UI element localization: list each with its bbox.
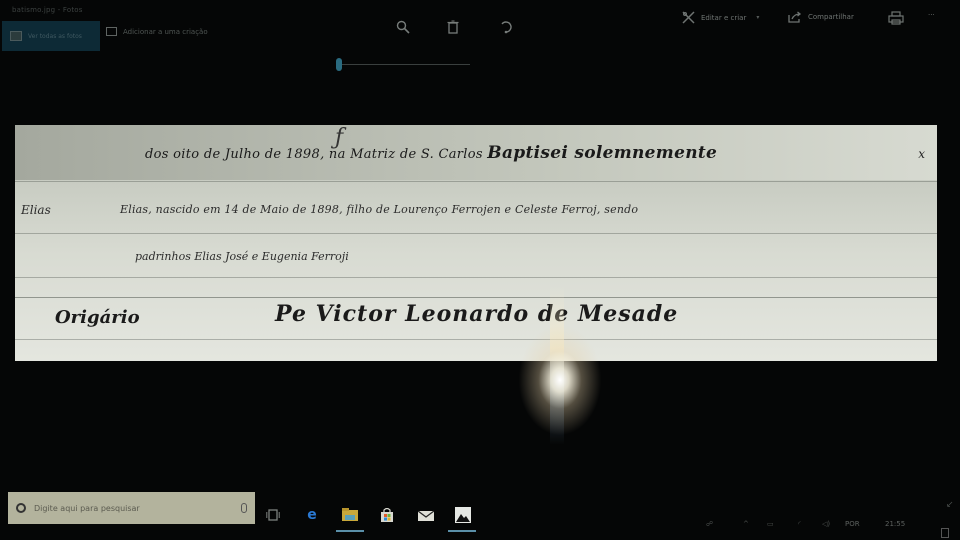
- notifications-icon[interactable]: [941, 528, 949, 538]
- more-options-button[interactable]: ···: [928, 11, 935, 19]
- people-icon[interactable]: ☍: [706, 520, 713, 528]
- wifi-icon[interactable]: ◜: [798, 520, 801, 528]
- photos-app-icon: [455, 507, 471, 523]
- microphone-icon[interactable]: [241, 503, 247, 513]
- see-all-photos-label: Ver todas as fotos: [28, 33, 82, 40]
- edit-create-icon: [682, 11, 695, 24]
- signature-left: Origário: [55, 307, 140, 328]
- add-to-creation-label: Adicionar a uma criação: [123, 28, 208, 36]
- ruled-line: [15, 277, 937, 278]
- store-button[interactable]: [378, 506, 396, 524]
- edit-create-label: Editar e criar: [701, 14, 746, 22]
- rotate-button[interactable]: [497, 18, 515, 36]
- zoom-slider-track[interactable]: [340, 64, 470, 65]
- add-to-creation-button[interactable]: Adicionar a uma criação: [106, 27, 208, 36]
- task-view-icon: [266, 509, 280, 521]
- signature-priest: Pe Victor Leonardo de Mesade: [275, 301, 678, 327]
- share-button[interactable]: Compartilhar: [788, 11, 854, 23]
- window-title: batismo.jpg - Fotos: [12, 6, 83, 14]
- printer-icon: [888, 11, 904, 25]
- document-image: ƒ dos oito de Julho de 1898, na Matriz d…: [15, 125, 937, 361]
- task-view-button[interactable]: [264, 506, 282, 524]
- clock[interactable]: 21:55: [885, 520, 905, 528]
- chevron-down-icon: ▾: [756, 14, 759, 21]
- zoom-in-button[interactable]: [394, 18, 412, 36]
- ruled-line: [15, 181, 937, 182]
- zoom-in-icon: [396, 20, 410, 34]
- edit-create-button[interactable]: Editar e criar ▾: [682, 11, 759, 24]
- photos-button[interactable]: [454, 506, 472, 524]
- language-indicator[interactable]: POR: [845, 520, 860, 528]
- handwritten-line-3: padrinhos Elias José e Eugenia Ferroji: [135, 250, 349, 263]
- edge-icon: e: [307, 507, 317, 523]
- photos-active-indicator: [448, 530, 476, 532]
- photos-icon: [10, 31, 22, 41]
- trash-icon: [447, 20, 459, 34]
- arrow-icon: ↙: [946, 500, 954, 510]
- mail-icon: [418, 509, 434, 521]
- folder-icon: [342, 508, 358, 522]
- battery-icon[interactable]: ▭: [767, 520, 774, 528]
- mail-button[interactable]: [417, 506, 435, 524]
- chevron-up-icon[interactable]: ^: [743, 520, 749, 528]
- handwritten-mark: x: [918, 147, 925, 161]
- margin-name: Elias: [21, 203, 51, 217]
- ruled-line: [15, 339, 937, 340]
- handwritten-line-2: Elias, nascido em 14 de Maio de 1898, fi…: [120, 203, 638, 216]
- see-all-photos-button[interactable]: Ver todas as fotos: [2, 21, 100, 51]
- volume-icon[interactable]: ◁): [822, 520, 830, 528]
- add-creation-icon: [106, 27, 117, 36]
- zoom-slider-thumb[interactable]: [336, 58, 342, 71]
- explorer-active-indicator: [336, 530, 364, 532]
- store-icon: [380, 508, 394, 522]
- search-placeholder: Digite aqui para pesquisar: [34, 504, 241, 513]
- delete-button[interactable]: [444, 18, 462, 36]
- handwritten-line-1: dos oito de Julho de 1898, na Matriz de …: [145, 143, 717, 163]
- file-explorer-button[interactable]: [341, 506, 359, 524]
- taskbar-search-input[interactable]: Digite aqui para pesquisar: [8, 492, 255, 524]
- more-icon: ···: [928, 11, 935, 19]
- print-button[interactable]: [888, 11, 904, 25]
- cortana-icon: [16, 503, 26, 513]
- ruled-line: [15, 233, 937, 234]
- share-label: Compartilhar: [808, 13, 854, 21]
- rotate-icon: [499, 20, 513, 34]
- edge-button[interactable]: e: [303, 506, 321, 524]
- share-icon: [788, 11, 802, 23]
- ruled-line: [15, 297, 937, 298]
